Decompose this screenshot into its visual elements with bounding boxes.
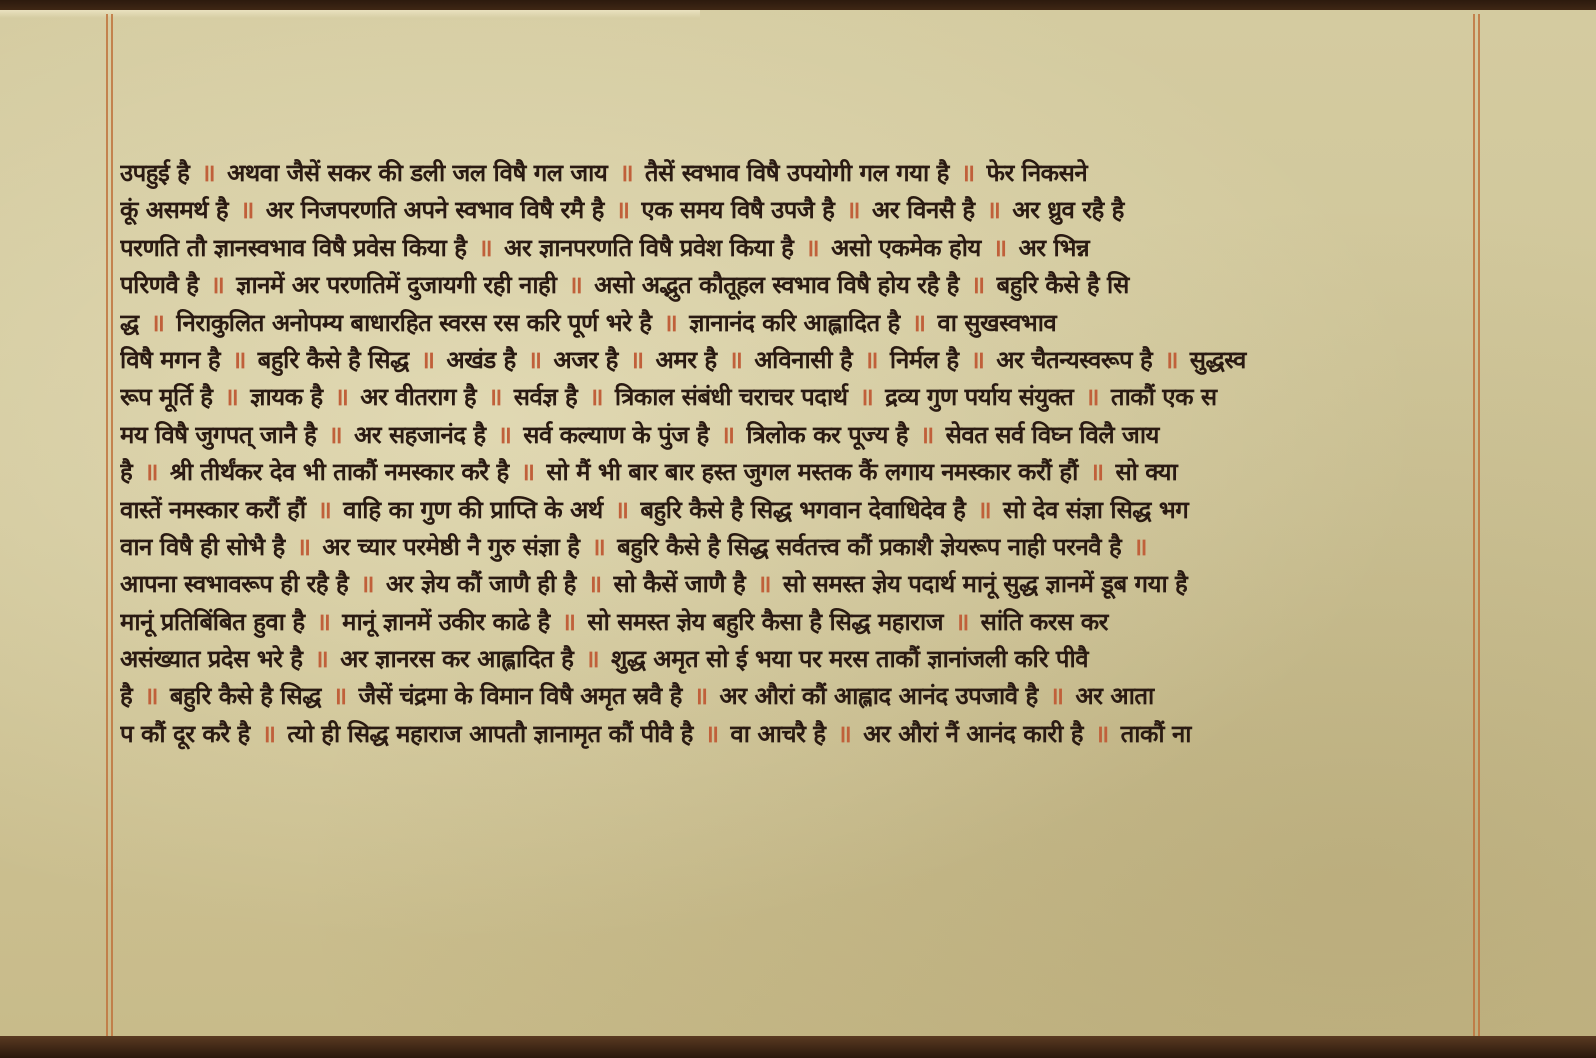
danda-separator: ॥: [517, 458, 539, 486]
danda-separator: ॥: [690, 682, 712, 710]
manuscript-bottom-edge: [0, 1036, 1596, 1058]
danda-separator: ॥: [417, 346, 439, 374]
danda-separator: ॥: [717, 421, 739, 449]
danda-separator: ॥: [558, 608, 580, 636]
danda-separator: ॥: [140, 682, 162, 710]
danda-separator: ॥: [147, 309, 169, 337]
text-line-8: मय विषै जुगपत् जानै है ॥ अर सहजानंद है ॥…: [120, 417, 1470, 454]
danda-separator: ॥: [293, 533, 315, 561]
text-line-13: मानूं प्रतिबिंबित हुवा है ॥ मानूं ज्ञानम…: [120, 604, 1470, 641]
danda-separator: ॥: [1091, 720, 1113, 748]
text-line-14: असंख्यात प्रदेस भरे है ॥ अर ज्ञानरस कर आ…: [120, 641, 1470, 678]
danda-separator: ॥: [585, 383, 607, 411]
danda-separator: ॥: [356, 570, 378, 598]
danda-separator: ॥: [957, 159, 979, 187]
danda-separator: ॥: [329, 682, 351, 710]
danda-separator: ॥: [611, 496, 633, 524]
danda-separator: ॥: [493, 421, 515, 449]
text-line-3: परणति तौ ज्ञानस्वभाव विषै प्रवेस किया है…: [120, 230, 1470, 267]
danda-separator: ॥: [701, 720, 723, 748]
danda-separator: ॥: [197, 159, 219, 187]
danda-separator: ॥: [140, 458, 162, 486]
danda-separator: ॥: [833, 720, 855, 748]
text-line-16: प कौं दूर करै है ॥ त्यो ही सिद्ध महाराज …: [120, 716, 1470, 753]
text-line-11: वान विषै ही सोभै है ॥ अर च्यार परमेष्ठी …: [120, 529, 1470, 566]
danda-separator: ॥: [908, 309, 930, 337]
text-line-2: कूं असमर्थ है ॥ अर निजपरणति अपने स्वभाव …: [120, 192, 1470, 229]
text-line-1: उपहुई है ॥ अथवा जैसें सकर की डली जल विषै…: [120, 155, 1470, 192]
danda-separator: ॥: [228, 346, 250, 374]
danda-separator: ॥: [324, 421, 346, 449]
danda-separator: ॥: [615, 159, 637, 187]
danda-separator: ॥: [982, 196, 1004, 224]
danda-separator: ॥: [612, 196, 634, 224]
manuscript-text-block: उपहुई है ॥ अथवा जैसें सकर की डली जल विषै…: [120, 155, 1470, 753]
danda-separator: ॥: [1129, 533, 1151, 561]
text-line-5: द्ध ॥ निराकुलित अनोपम्य बाधारहित स्वरस र…: [120, 305, 1470, 342]
danda-separator: ॥: [206, 271, 228, 299]
danda-separator: ॥: [973, 496, 995, 524]
danda-separator: ॥: [1081, 383, 1103, 411]
danda-separator: ॥: [258, 720, 280, 748]
left-margin-rule: [106, 14, 113, 1038]
danda-separator: ॥: [524, 346, 546, 374]
danda-separator: ॥: [484, 383, 506, 411]
danda-separator: ॥: [564, 271, 586, 299]
text-line-15: है ॥ बहुरि कैसे है सिद्ध ॥ जैसें चंद्रमा…: [120, 678, 1470, 715]
danda-separator: ॥: [331, 383, 353, 411]
danda-separator: ॥: [584, 570, 606, 598]
danda-separator: ॥: [313, 496, 335, 524]
danda-separator: ॥: [1046, 682, 1068, 710]
danda-separator: ॥: [474, 234, 496, 262]
text-line-7: रूप मूर्ति है ॥ ज्ञायक है ॥ अर वीतराग है…: [120, 379, 1470, 416]
text-line-10: वास्तें नमस्कार करौं हौं ॥ वाहि का गुण क…: [120, 492, 1470, 529]
danda-separator: ॥: [1086, 458, 1108, 486]
danda-separator: ॥: [659, 309, 681, 337]
text-line-6: विषै मगन है ॥ बहुरि कैसे है सिद्ध ॥ अखंड…: [120, 342, 1470, 379]
danda-separator: ॥: [587, 533, 609, 561]
paper-fold-highlight: [0, 10, 700, 18]
danda-separator: ॥: [989, 234, 1011, 262]
danda-separator: ॥: [967, 271, 989, 299]
danda-separator: ॥: [581, 645, 603, 673]
danda-separator: ॥: [801, 234, 823, 262]
danda-separator: ॥: [916, 421, 938, 449]
right-margin-rule: [1473, 14, 1480, 1038]
danda-separator: ॥: [860, 346, 882, 374]
text-line-4: परिणवै है ॥ ज्ञानमें अर परणतिमें दुजायगी…: [120, 267, 1470, 304]
danda-separator: ॥: [626, 346, 648, 374]
danda-separator: ॥: [1160, 346, 1182, 374]
text-line-12: आपना स्वभावरूप ही रहै है ॥ अर ज्ञेय कौं …: [120, 566, 1470, 603]
danda-separator: ॥: [236, 196, 258, 224]
danda-separator: ॥: [310, 645, 332, 673]
danda-separator: ॥: [725, 346, 747, 374]
danda-separator: ॥: [312, 608, 334, 636]
danda-separator: ॥: [220, 383, 242, 411]
text-line-9: है ॥ श्री तीर्थंकर देव भी ताकौं नमस्कार …: [120, 454, 1470, 491]
danda-separator: ॥: [966, 346, 988, 374]
danda-separator: ॥: [753, 570, 775, 598]
danda-separator: ॥: [855, 383, 877, 411]
danda-separator: ॥: [842, 196, 864, 224]
danda-separator: ॥: [951, 608, 973, 636]
